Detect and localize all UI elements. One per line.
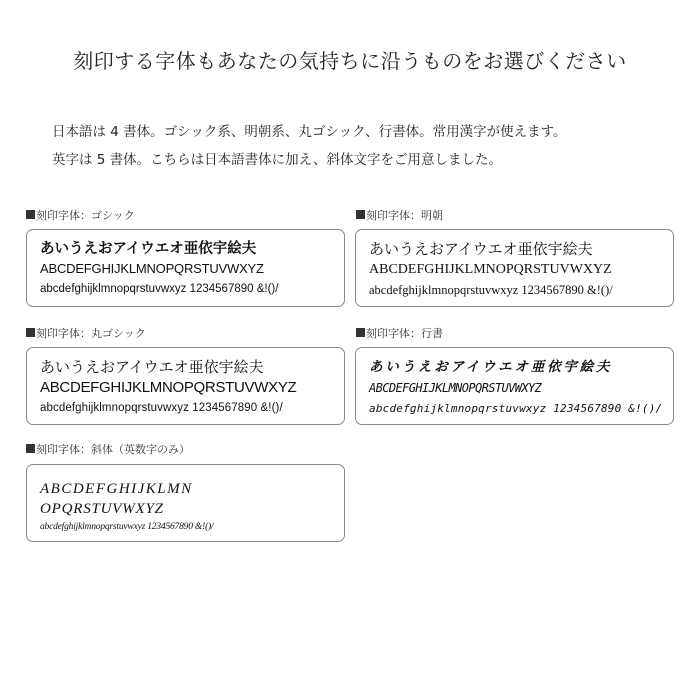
font-sample-script: ABCDEFGHIJKLMN OPQRSTUVWXYZ abcdefghijkl…	[26, 464, 345, 542]
sample-uppercase: ABCDEFGHIJKLMNOPQRSTUVWXYZ	[369, 378, 673, 398]
square-bullet-icon	[26, 444, 35, 453]
font-sample-gyosho: あいうえおアイウエオ亜依宇絵夫 ABCDEFGHIJKLMNOPQRSTUVWX…	[355, 347, 674, 425]
sample-uppercase: ABCDEFGHIJKLMNOPQRSTUVWXYZ	[40, 259, 344, 279]
font-label-text: 刻印字体：ゴシック	[36, 209, 135, 222]
sample-kana-kanji: あいうえおアイウエオ亜依宇絵夫	[369, 239, 673, 260]
sample-kana-kanji: あいうえおアイウエオ亜依宇絵夫	[40, 357, 344, 377]
font-label-mincho: 刻印字体：明朝	[356, 207, 443, 223]
sample-lowercase-digits: abcdefghijklmnopqrstuvwxyz 1234567890 &!…	[40, 519, 344, 535]
font-label-gothic: 刻印字体：ゴシック	[26, 207, 135, 223]
intro-text: 日本語は 4 書体。ゴシック系、明朝系、丸ゴシック、行書体。常用漢字が使えます。…	[52, 118, 692, 174]
sample-lowercase-digits: abcdefghijklmnopqrstuvwxyz 1234567890 &!…	[40, 279, 344, 299]
font-label-text: 刻印字体：行書	[366, 327, 443, 340]
square-bullet-icon	[26, 328, 35, 337]
sample-uppercase-second: OPQRSTUVWXYZ	[40, 499, 344, 519]
sample-uppercase: ABCDEFGHIJKLMNOPQRSTUVWXYZ	[40, 377, 344, 398]
sample-uppercase-first: ABCDEFGHIJKLMN	[40, 479, 344, 499]
font-label-maru-gothic: 刻印字体：丸ゴシック	[26, 325, 146, 341]
intro-line-japanese: 日本語は 4 書体。ゴシック系、明朝系、丸ゴシック、行書体。常用漢字が使えます。	[52, 118, 692, 146]
font-label-text: 刻印字体：明朝	[366, 209, 443, 222]
page-title: 刻印する字体もあなたの気持ちに沿うものをお選びください	[0, 45, 700, 74]
font-sample-maru-gothic: あいうえおアイウエオ亜依宇絵夫 ABCDEFGHIJKLMNOPQRSTUVWX…	[26, 347, 345, 425]
font-sample-gothic: あいうえおアイウエオ亜依宇絵夫 ABCDEFGHIJKLMNOPQRSTUVWX…	[26, 229, 345, 307]
font-sample-mincho: あいうえおアイウエオ亜依宇絵夫 ABCDEFGHIJKLMNOPQRSTUVWX…	[355, 229, 674, 307]
font-label-gyosho: 刻印字体：行書	[356, 325, 443, 341]
sample-kana-kanji: あいうえおアイウエオ亜依宇絵夫	[40, 239, 344, 259]
sample-lowercase-digits: abcdefghijklmnopqrstuvwxyz 1234567890 &!…	[369, 398, 673, 420]
font-label-script: 刻印字体：斜体（英数字のみ）	[26, 441, 190, 457]
sample-lowercase-digits: abcdefghijklmnopqrstuvwxyz 1234567890 &!…	[40, 398, 344, 419]
sample-uppercase: ABCDEFGHIJKLMNOPQRSTUVWXYZ	[369, 260, 673, 280]
square-bullet-icon	[26, 210, 35, 219]
font-label-text: 刻印字体：丸ゴシック	[36, 327, 146, 340]
square-bullet-icon	[356, 210, 365, 219]
square-bullet-icon	[356, 328, 365, 337]
intro-line-english: 英字は 5 書体。こちらは日本語書体に加え、斜体文字をご用意しました。	[52, 146, 692, 174]
sample-kana-kanji: あいうえおアイウエオ亜依宇絵夫	[369, 357, 673, 378]
sample-lowercase-digits: abcdefghijklmnopqrstuvwxyz 1234567890 &!…	[369, 280, 673, 301]
font-label-text: 刻印字体：斜体（英数字のみ）	[36, 443, 190, 456]
